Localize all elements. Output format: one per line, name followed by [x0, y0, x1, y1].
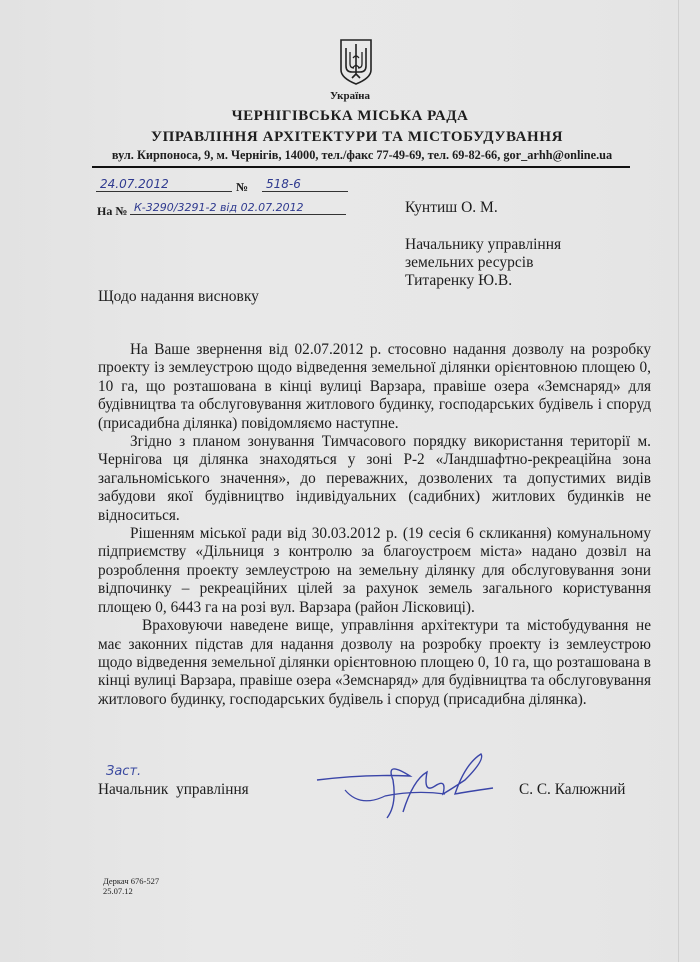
body-paragraph: На Ваше звернення від 02.07.2012 р. стос… [98, 341, 651, 433]
department-address: вул. Кирпоноса, 9, м. Чернігів, 14000, т… [0, 148, 700, 163]
reply-to-label: На № [97, 204, 127, 219]
executor-info: Деркач 676-527 25.07.12 [103, 876, 159, 896]
signatory-title: Начальник управління [98, 781, 249, 799]
addressee-title: Начальнику управління [405, 236, 561, 254]
reply-reference: К-3290/3291-2 від 02.07.2012 [130, 201, 346, 215]
handwritten-signature-icon [315, 750, 500, 822]
signatory-name: С. С. Калюжний [519, 781, 625, 799]
outgoing-number: 518-6 [262, 177, 348, 192]
letter-subject: Щодо надання висновку [98, 288, 259, 306]
addressee-department: земельних ресурсів [405, 254, 533, 272]
deputy-mark: Заст. [106, 764, 141, 779]
letter-body: На Ваше звернення від 02.07.2012 р. стос… [98, 341, 651, 709]
council-name: ЧЕРНІГІВСЬКА МІСЬКА РАДА [0, 108, 700, 125]
addressee-name: Титаренку Ю.В. [405, 272, 512, 290]
executor-name-phone: Деркач 676-527 [103, 876, 159, 886]
executor-date: 25.07.12 [103, 886, 159, 896]
trident-coat-of-arms-icon [339, 38, 373, 86]
copy-recipient: Кунтиш О. М. [405, 199, 498, 217]
body-paragraph: Рішенням міської ради від 30.03.2012 р. … [98, 525, 651, 617]
body-paragraph: Згідно з планом зонування Тимчасового по… [98, 433, 651, 525]
body-paragraph: Враховуючи наведене вище, управління арх… [98, 617, 651, 709]
outgoing-date: 24.07.2012 [96, 177, 232, 192]
department-name: УПРАВЛІННЯ АРХІТЕКТУРИ ТА МІСТОБУДУВАННЯ [0, 129, 700, 146]
number-label: № [236, 180, 248, 195]
letter-page: Україна ЧЕРНІГІВСЬКА МІСЬКА РАДА УПРАВЛІ… [0, 0, 700, 962]
letterhead-divider [92, 166, 630, 168]
country-name: Україна [0, 90, 700, 102]
